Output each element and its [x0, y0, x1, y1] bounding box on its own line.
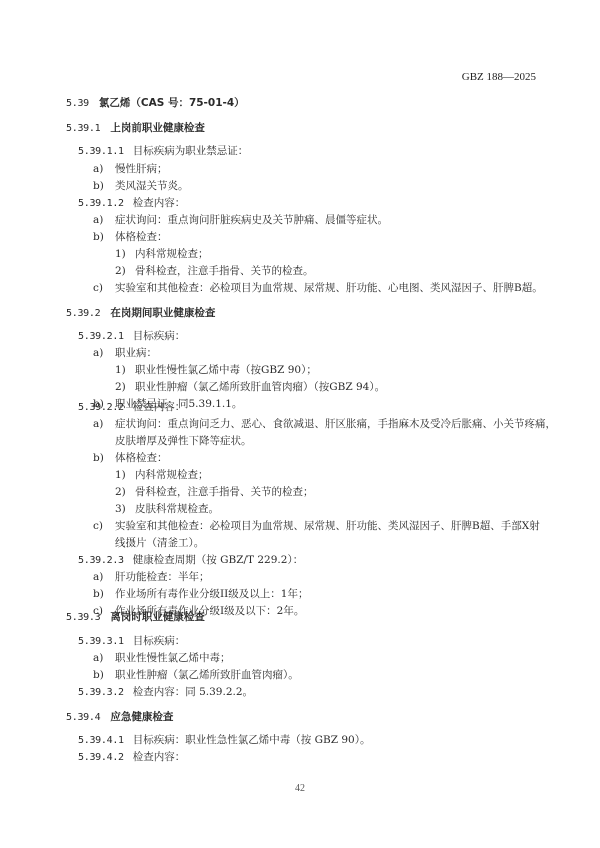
sub-list-item: 2)骨科检查，注意手指骨、关节的检查。	[115, 264, 314, 278]
clause-number: 5.39.2.1	[78, 331, 124, 342]
clause-number: 5.39.4.2	[78, 752, 124, 763]
list-text: 体格检查：	[115, 452, 168, 464]
list-item: a)职业性慢性氯乙烯中毒；	[93, 651, 231, 665]
list-item: a)慢性肝病；	[93, 162, 168, 176]
clause: 5.39.4.2检查内容：	[78, 750, 185, 765]
subsection-number: 5.39.1	[66, 123, 100, 134]
list-item: a)肝功能检查：半年；	[93, 570, 210, 584]
clause: 5.39.2.3健康检查周期（按 GBZ/T 229.2）：	[78, 553, 303, 568]
section-heading: 5.39氯乙烯（CAS 号：75-01-4）	[66, 96, 245, 111]
clause-number: 5.39.2.2	[78, 402, 124, 413]
section-number: 5.39	[66, 98, 89, 109]
clause: 5.39.1.1目标疾病为职业禁忌证：	[78, 144, 248, 159]
list-marker: a)	[93, 162, 115, 176]
list-marker: 1)	[115, 247, 135, 261]
subsection-number: 5.39.4	[66, 712, 100, 723]
list-marker: c)	[93, 519, 115, 533]
list-text: 职业病：	[115, 347, 157, 359]
clause-number: 5.39.1.2	[78, 198, 124, 209]
list-marker: 1)	[115, 363, 135, 377]
clause-text: 检查内容：	[133, 197, 186, 209]
clause-text: 目标疾病：	[133, 330, 186, 342]
subsection-title: 上岗前职业健康检查	[110, 122, 205, 134]
list-marker: 2)	[115, 485, 135, 499]
subsection-heading: 5.39.2在岗期间职业健康检查	[66, 306, 215, 321]
list-text: 皮肤科常规检查。	[135, 503, 219, 515]
list-marker: 2)	[115, 264, 135, 278]
list-item: b)职业性肿瘤（氯乙烯所致肝血管肉瘤）。	[93, 668, 299, 682]
clause: 5.39.3.2检查内容：同 5.39.2.2。	[78, 685, 253, 700]
subsection-number: 5.39.2	[66, 308, 100, 319]
sub-list-item: 2)骨科检查，注意手指骨、关节的检查；	[115, 485, 314, 499]
clause-number: 5.39.3.2	[78, 687, 124, 698]
list-marker: b)	[93, 668, 115, 682]
list-marker: b)	[93, 587, 115, 601]
list-text: 职业性慢性氯乙烯中毒；	[115, 652, 231, 664]
clause-text: 目标疾病为职业禁忌证：	[133, 145, 249, 157]
subsection-heading: 5.39.3离岗时职业健康检查	[66, 610, 205, 625]
list-item: c)实验室和其他检查：必检项目为血常规、尿常规、肝功能、心电图、类风湿因子、肝脾…	[93, 281, 543, 295]
list-marker: a)	[93, 570, 115, 584]
subsection-title: 在岗期间职业健康检查	[110, 307, 215, 319]
page-number: 42	[0, 783, 600, 794]
list-text: 作业场所有毒作业分级II级及以上：1年；	[115, 588, 308, 600]
clause: 5.39.2.1目标疾病：	[78, 329, 185, 344]
list-item: a)职业病：	[93, 346, 157, 360]
list-item-continuation: 皮肤增厚及弹性下降等症状。	[115, 434, 252, 448]
list-text: 内科常规检查；	[135, 469, 209, 481]
sub-list-item: 1)内科常规检查；	[115, 468, 209, 482]
list-marker: 3)	[115, 502, 135, 516]
clause-text: 检查内容：	[133, 401, 186, 413]
list-text: 内科常规检查；	[135, 248, 209, 260]
subsection-heading: 5.39.4应急健康检查	[66, 710, 173, 725]
clause-text: 健康检查周期（按 GBZ/T 229.2）：	[133, 554, 303, 566]
list-marker: a)	[93, 346, 115, 360]
list-text: 类风湿关节炎。	[115, 180, 189, 192]
sub-list-item: 1)内科常规检查；	[115, 247, 209, 261]
sub-list-item: 2)职业性肿瘤（氯乙烯所致肝血管肉瘤）（按GBZ 94）。	[115, 380, 385, 394]
list-text: 职业性慢性氯乙烯中毒（按GBZ 90）；	[135, 364, 317, 376]
list-text: 实验室和其他检查：必检项目为血常规、尿常规、肝功能、类风湿因子、肝脾B超、手部X…	[115, 520, 540, 532]
sub-list-item: 3)皮肤科常规检查。	[115, 502, 219, 516]
clause-text: 目标疾病：	[133, 635, 186, 647]
clause-number: 5.39.3.1	[78, 636, 124, 647]
list-marker: 2)	[115, 380, 135, 394]
list-marker: b)	[93, 230, 115, 244]
clause-text: 目标疾病：职业性急性氯乙烯中毒（按 GBZ 90）。	[133, 734, 371, 746]
sub-list-item: 1)职业性慢性氯乙烯中毒（按GBZ 90）；	[115, 363, 317, 377]
clause: 5.39.3.1目标疾病：	[78, 634, 185, 649]
subsection-number: 5.39.3	[66, 612, 100, 623]
list-marker: c)	[93, 281, 115, 295]
clause-number: 5.39.2.3	[78, 555, 124, 566]
list-text: 职业性肿瘤（氯乙烯所致肝血管肉瘤）。	[115, 669, 299, 681]
list-item: a)症状询问：重点询问肝脏疾病史及关节肿痛、晨僵等症状。	[93, 213, 388, 227]
clause-text: 检查内容：同 5.39.2.2。	[133, 686, 253, 698]
clause: 5.39.4.1目标疾病：职业性急性氯乙烯中毒（按 GBZ 90）。	[78, 733, 370, 748]
subsection-title: 离岗时职业健康检查	[110, 611, 205, 623]
list-text: 症状询问：重点询问肝脏疾病史及关节肿痛、晨僵等症状。	[115, 214, 388, 226]
list-item-continuation: 线摄片（清釜工）。	[115, 536, 204, 550]
section-title: 氯乙烯（CAS 号：75-01-4）	[99, 97, 245, 109]
list-text: 慢性肝病；	[115, 163, 168, 175]
list-text: 症状询问：重点询问乏力、恶心、食欲减退、肝区胀痛，手指麻木及受冷后胀痛、小关节疼…	[115, 418, 556, 430]
clause-number: 5.39.4.1	[78, 735, 124, 746]
list-marker: a)	[93, 651, 115, 665]
list-text: 骨科检查，注意手指骨、关节的检查。	[135, 265, 314, 277]
list-item: c)实验室和其他检查：必检项目为血常规、尿常规、肝功能、类风湿因子、肝脾B超、手…	[93, 519, 540, 533]
list-marker: 1)	[115, 468, 135, 482]
list-item: b)体格检查：	[93, 451, 168, 465]
clause: 5.39.1.2检查内容：	[78, 196, 185, 211]
list-marker: b)	[93, 451, 115, 465]
list-marker: a)	[93, 417, 115, 431]
subsection-heading: 5.39.1上岗前职业健康检查	[66, 121, 205, 136]
list-text: 体格检查：	[115, 231, 168, 243]
list-text: 骨科检查，注意手指骨、关节的检查；	[135, 486, 314, 498]
list-item: b)体格检查：	[93, 230, 168, 244]
clause-text: 检查内容：	[133, 751, 186, 763]
document-page: GBZ 188—2025 5.39氯乙烯（CAS 号：75-01-4） 5.39…	[0, 0, 600, 848]
standard-code: GBZ 188—2025	[462, 71, 536, 83]
list-item: a)症状询问：重点询问乏力、恶心、食欲减退、肝区胀痛，手指麻木及受冷后胀痛、小关…	[93, 417, 556, 431]
list-text: 实验室和其他检查：必检项目为血常规、尿常规、肝功能、心电图、类风湿因子、肝脾B超…	[115, 282, 543, 294]
list-text: 肝功能检查：半年；	[115, 571, 210, 583]
list-marker: a)	[93, 213, 115, 227]
list-item: b)类风湿关节炎。	[93, 179, 189, 193]
list-item: b)作业场所有毒作业分级II级及以上：1年；	[93, 587, 308, 601]
subsection-title: 应急健康检查	[110, 711, 173, 723]
clause: 5.39.2.2检查内容：	[78, 400, 185, 415]
list-text: 职业性肿瘤（氯乙烯所致肝血管肉瘤）（按GBZ 94）。	[135, 381, 385, 393]
clause-number: 5.39.1.1	[78, 146, 124, 157]
list-marker: b)	[93, 179, 115, 193]
